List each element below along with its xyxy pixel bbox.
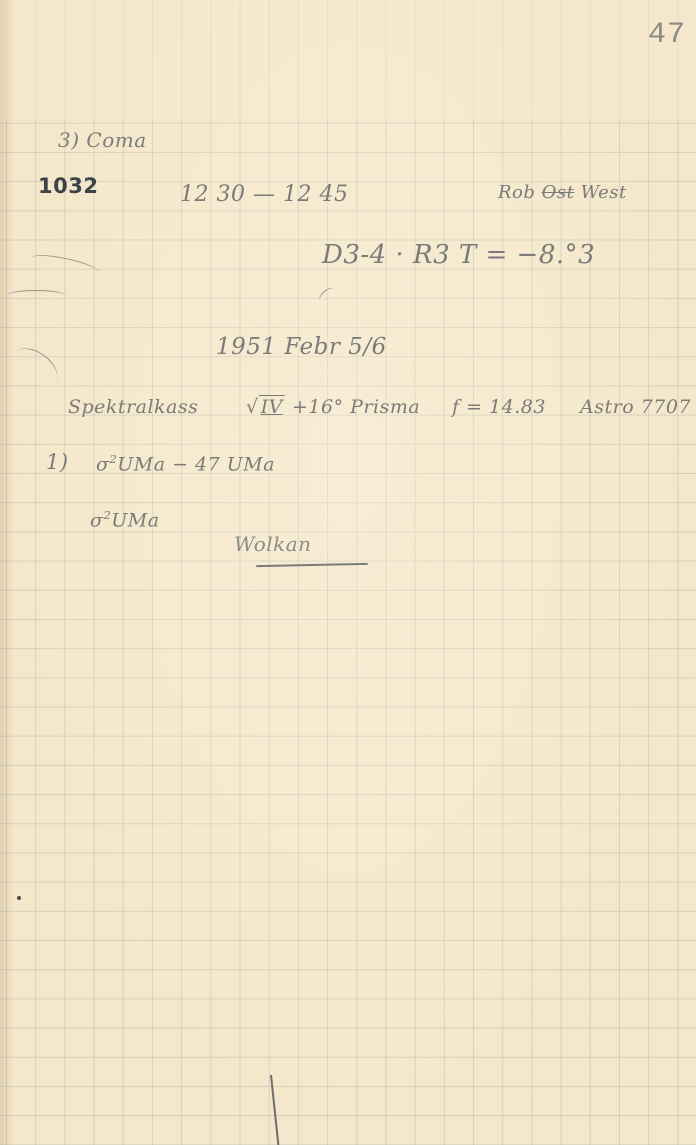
grid-top-margin: [0, 0, 696, 120]
ink-spot: [17, 896, 21, 900]
conditions: D3-4 · R3 T = −8.°3: [322, 240, 595, 270]
page-number: 47: [648, 18, 686, 52]
observer-first: Rob: [498, 182, 542, 203]
pencil-line: [270, 1075, 279, 1145]
star-suffix: UMa: [111, 509, 159, 531]
star-range: UMa − 47 UMa: [117, 453, 275, 475]
item-1-stars: σ2UMa − 47 UMa: [96, 452, 275, 475]
focal-length: f = 14.83: [452, 396, 546, 418]
prism: +16° Prisma: [292, 396, 420, 418]
star-symbol: σ: [96, 453, 109, 475]
objective: √IV: [246, 396, 285, 418]
star-symbol: σ: [90, 509, 103, 531]
observer-last: West: [574, 182, 626, 203]
observer-name: Rob Ost West: [498, 182, 627, 203]
signature: Wolkan: [234, 532, 312, 556]
signature-underline: [256, 563, 368, 567]
pencil-stroke: [29, 251, 101, 280]
observer-struck: Ost: [542, 182, 575, 203]
notebook-page: 47 3) Coma 1032 12 30 — 12 45 Rob Ost We…: [0, 0, 696, 1145]
item-1-label: 1): [46, 450, 69, 474]
time-range: 12 30 — 12 45: [180, 182, 348, 207]
plate-type: Astro 7707: [580, 396, 691, 418]
pencil-stroke: [6, 290, 66, 301]
plate-number: 1032: [38, 174, 98, 198]
section-heading: 3) Coma: [58, 128, 147, 152]
item-2-star: σ2UMa: [90, 508, 160, 531]
camera-label: Spektralkass: [68, 396, 198, 418]
objective-value: IV: [259, 395, 285, 418]
pencil-stroke: [6, 340, 65, 394]
stray-mark: [317, 285, 337, 303]
observation-date: 1951 Febr 5/6: [216, 334, 387, 360]
